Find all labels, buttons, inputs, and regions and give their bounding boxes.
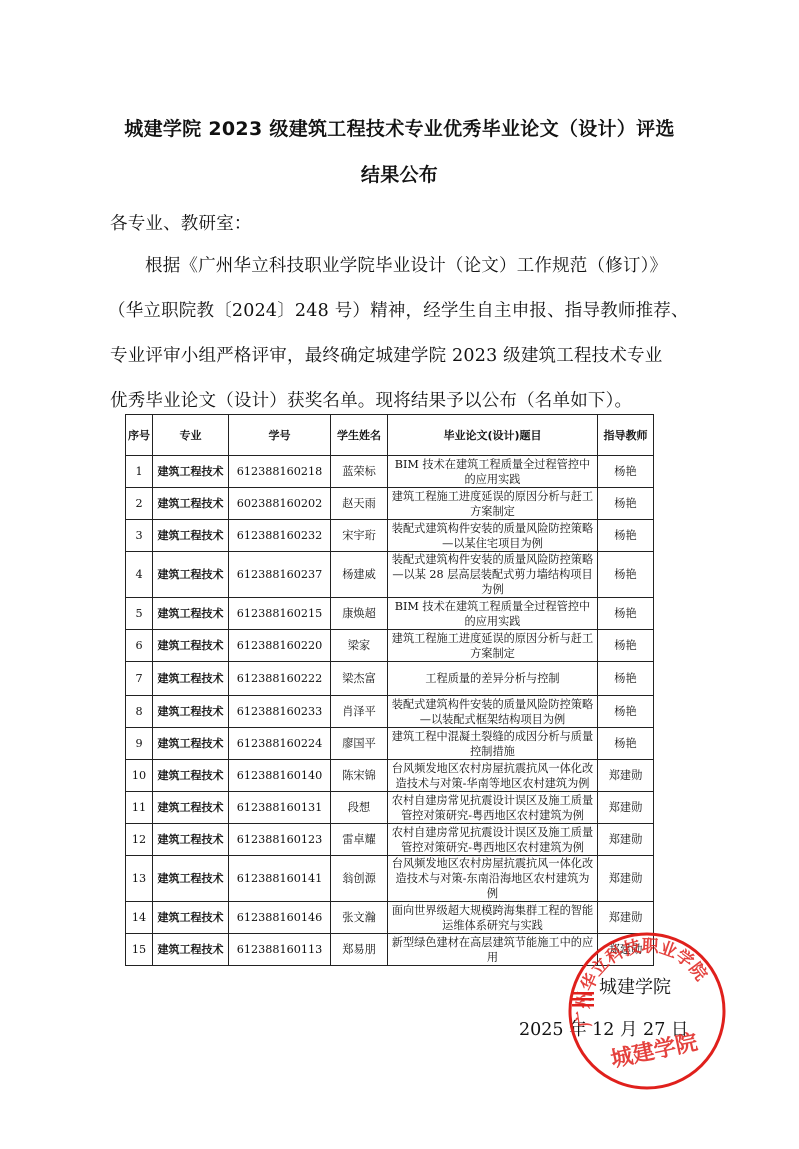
cell-student-id: 612388160218 (229, 456, 331, 488)
cell-major: 建筑工程技术 (153, 662, 229, 696)
table-row: 14建筑工程技术612388160146张文瀚面向世界级超大规模跨海集群工程的智… (126, 902, 654, 934)
cell-advisor: 杨艳 (598, 630, 654, 662)
cell-major: 建筑工程技术 (153, 760, 229, 792)
cell-topic: 农村自建房常见抗震设计误区及施工质量管控对策研究-粤西地区农村建筑为例 (388, 824, 598, 856)
cell-advisor: 杨艳 (598, 520, 654, 552)
table-row: 9建筑工程技术612388160224廖国平建筑工程中混凝土裂缝的成因分析与质量… (126, 728, 654, 760)
cell-student-name: 梁杰富 (331, 662, 388, 696)
table-row: 8建筑工程技术612388160233肖泽平装配式建筑构件安装的质量风险防控策略… (126, 696, 654, 728)
table-row: 6建筑工程技术612388160220梁家建筑工程施工进度延误的原因分析与赶工方… (126, 630, 654, 662)
header-student-name: 学生姓名 (331, 415, 388, 456)
award-list-table: 序号 专业 学号 学生姓名 毕业论文(设计)题目 指导教师 1建筑工程技术612… (125, 414, 654, 966)
cell-no: 6 (126, 630, 153, 662)
cell-no: 5 (126, 598, 153, 630)
cell-student-id: 612388160140 (229, 760, 331, 792)
cell-major: 建筑工程技术 (153, 456, 229, 488)
cell-major: 建筑工程技术 (153, 488, 229, 520)
table-row: 15建筑工程技术612388160113郑易朋新型绿色建材在高层建筑节能施工中的… (126, 934, 654, 966)
cell-topic: 装配式建筑构件安装的质量风险防控策略—以装配式框架结构项目为例 (388, 696, 598, 728)
cell-student-name: 郑易朋 (331, 934, 388, 966)
cell-student-id: 612388160220 (229, 630, 331, 662)
header-student-id: 学号 (229, 415, 331, 456)
document-title-line1: 城建学院 2023 级建筑工程技术专业优秀毕业论文（设计）评选 (0, 114, 799, 141)
document-title-line2: 结果公布 (0, 160, 799, 187)
cell-advisor: 郑建勋 (598, 760, 654, 792)
cell-major: 建筑工程技术 (153, 552, 229, 598)
header-major: 专业 (153, 415, 229, 456)
cell-topic: BIM 技术在建筑工程质量全过程管控中的应用实践 (388, 598, 598, 630)
salutation: 各专业、教研室： (110, 210, 252, 235)
cell-student-name: 肖泽平 (331, 696, 388, 728)
table-row: 7建筑工程技术612388160222梁杰富工程质量的差异分析与控制杨艳 (126, 662, 654, 696)
cell-major: 建筑工程技术 (153, 934, 229, 966)
header-no: 序号 (126, 415, 153, 456)
cell-topic: 新型绿色建材在高层建筑节能施工中的应用 (388, 934, 598, 966)
cell-no: 2 (126, 488, 153, 520)
cell-student-id: 602388160202 (229, 488, 331, 520)
cell-student-id: 612388160131 (229, 792, 331, 824)
cell-advisor: 杨艳 (598, 598, 654, 630)
cell-student-id: 612388160113 (229, 934, 331, 966)
cell-major: 建筑工程技术 (153, 792, 229, 824)
cell-student-name: 段想 (331, 792, 388, 824)
cell-advisor: 郑建勋 (598, 824, 654, 856)
cell-advisor: 郑建勋 (598, 934, 654, 966)
cell-major: 建筑工程技术 (153, 696, 229, 728)
cell-topic: 农村自建房常见抗震设计误区及施工质量管控对策研究-粤西地区农村建筑为例 (388, 792, 598, 824)
header-advisor: 指导教师 (598, 415, 654, 456)
cell-topic: 建筑工程施工进度延误的原因分析与赶工方案制定 (388, 488, 598, 520)
table-row: 3建筑工程技术612388160232宋宇珩装配式建筑构件安装的质量风险防控策略… (126, 520, 654, 552)
signature-date: 2025 年 12 月 27 日 (519, 1016, 688, 1041)
cell-advisor: 杨艳 (598, 662, 654, 696)
cell-major: 建筑工程技术 (153, 598, 229, 630)
cell-student-name: 康焕超 (331, 598, 388, 630)
cell-no: 1 (126, 456, 153, 488)
signature-unit: 城建学院 (599, 973, 671, 999)
table-row: 11建筑工程技术612388160131段想农村自建房常见抗震设计误区及施工质量… (126, 792, 654, 824)
cell-major: 建筑工程技术 (153, 630, 229, 662)
cell-topic: 台风频发地区农村房屋抗震抗风一体化改造技术与对策-东南沿海地区农村建筑为例 (388, 856, 598, 902)
cell-topic: 台风频发地区农村房屋抗震抗风一体化改造技术与对策-华南等地区农村建筑为例 (388, 760, 598, 792)
cell-major: 建筑工程技术 (153, 520, 229, 552)
cell-no: 14 (126, 902, 153, 934)
body-line-3: 专业评审小组严格评审，最终确定城建学院 2023 级建筑工程技术专业 (110, 342, 662, 367)
cell-student-name: 张文瀚 (331, 902, 388, 934)
cell-no: 4 (126, 552, 153, 598)
cell-advisor: 郑建勋 (598, 792, 654, 824)
cell-no: 8 (126, 696, 153, 728)
cell-major: 建筑工程技术 (153, 856, 229, 902)
cell-student-name: 杨建威 (331, 552, 388, 598)
cell-major: 建筑工程技术 (153, 728, 229, 760)
cell-student-id: 612388160123 (229, 824, 331, 856)
cell-student-id: 612388160215 (229, 598, 331, 630)
cell-student-id: 612388160222 (229, 662, 331, 696)
cell-student-id: 612388160141 (229, 856, 331, 902)
cell-student-name: 陈宋锦 (331, 760, 388, 792)
cell-no: 3 (126, 520, 153, 552)
table-row: 13建筑工程技术612388160141翁创源台风频发地区农村房屋抗震抗风一体化… (126, 856, 654, 902)
cell-topic: 工程质量的差异分析与控制 (388, 662, 598, 696)
cell-advisor: 杨艳 (598, 728, 654, 760)
cell-student-id: 612388160237 (229, 552, 331, 598)
cell-no: 13 (126, 856, 153, 902)
cell-advisor: 杨艳 (598, 696, 654, 728)
table-header-row: 序号 专业 学号 学生姓名 毕业论文(设计)题目 指导教师 (126, 415, 654, 456)
cell-no: 10 (126, 760, 153, 792)
cell-student-name: 宋宇珩 (331, 520, 388, 552)
table-row: 2建筑工程技术602388160202赵天雨建筑工程施工进度延误的原因分析与赶工… (126, 488, 654, 520)
table-row: 10建筑工程技术612388160140陈宋锦台风频发地区农村房屋抗震抗风一体化… (126, 760, 654, 792)
body-line-4: 优秀毕业论文（设计）获奖名单。现将结果予以公布（名单如下）。 (110, 387, 632, 412)
table-row: 5建筑工程技术612388160215康焕超BIM 技术在建筑工程质量全过程管控… (126, 598, 654, 630)
cell-advisor: 杨艳 (598, 456, 654, 488)
cell-student-id: 612388160224 (229, 728, 331, 760)
cell-advisor: 郑建勋 (598, 902, 654, 934)
table-row: 1建筑工程技术612388160218蓝荣标BIM 技术在建筑工程质量全过程管控… (126, 456, 654, 488)
cell-no: 12 (126, 824, 153, 856)
header-topic: 毕业论文(设计)题目 (388, 415, 598, 456)
cell-major: 建筑工程技术 (153, 824, 229, 856)
body-line-2: （华立职院教〔2024〕248 号）精神，经学生自主申报、指导教师推荐、 (108, 297, 689, 322)
cell-student-id: 612388160233 (229, 696, 331, 728)
cell-major: 建筑工程技术 (153, 902, 229, 934)
cell-no: 7 (126, 662, 153, 696)
cell-student-name: 廖国平 (331, 728, 388, 760)
cell-student-id: 612388160146 (229, 902, 331, 934)
cell-advisor: 杨艳 (598, 488, 654, 520)
cell-topic: 面向世界级超大规模跨海集群工程的智能运维体系研究与实践 (388, 902, 598, 934)
table-row: 12建筑工程技术612388160123雷卓耀农村自建房常见抗震设计误区及施工质… (126, 824, 654, 856)
cell-topic: 装配式建筑构件安装的质量风险防控策略—以某住宅项目为例 (388, 520, 598, 552)
cell-advisor: 郑建勋 (598, 856, 654, 902)
cell-topic: 建筑工程中混凝土裂缝的成因分析与质量控制措施 (388, 728, 598, 760)
cell-student-name: 梁家 (331, 630, 388, 662)
cell-no: 11 (126, 792, 153, 824)
cell-student-name: 蓝荣标 (331, 456, 388, 488)
body-line-1: 根据《广州华立科技职业学院毕业设计（论文）工作规范（修订）》 (145, 252, 667, 277)
cell-student-id: 612388160232 (229, 520, 331, 552)
cell-topic: 建筑工程施工进度延误的原因分析与赶工方案制定 (388, 630, 598, 662)
cell-no: 15 (126, 934, 153, 966)
cell-student-name: 赵天雨 (331, 488, 388, 520)
cell-advisor: 杨艳 (598, 552, 654, 598)
cell-topic: BIM 技术在建筑工程质量全过程管控中的应用实践 (388, 456, 598, 488)
cell-student-name: 雷卓耀 (331, 824, 388, 856)
table-row: 4建筑工程技术612388160237杨建威装配式建筑构件安装的质量风险防控策略… (126, 552, 654, 598)
cell-student-name: 翁创源 (331, 856, 388, 902)
cell-no: 9 (126, 728, 153, 760)
cell-topic: 装配式建筑构件安装的质量风险防控策略—以某 28 层高层装配式剪力墙结构项目为例 (388, 552, 598, 598)
